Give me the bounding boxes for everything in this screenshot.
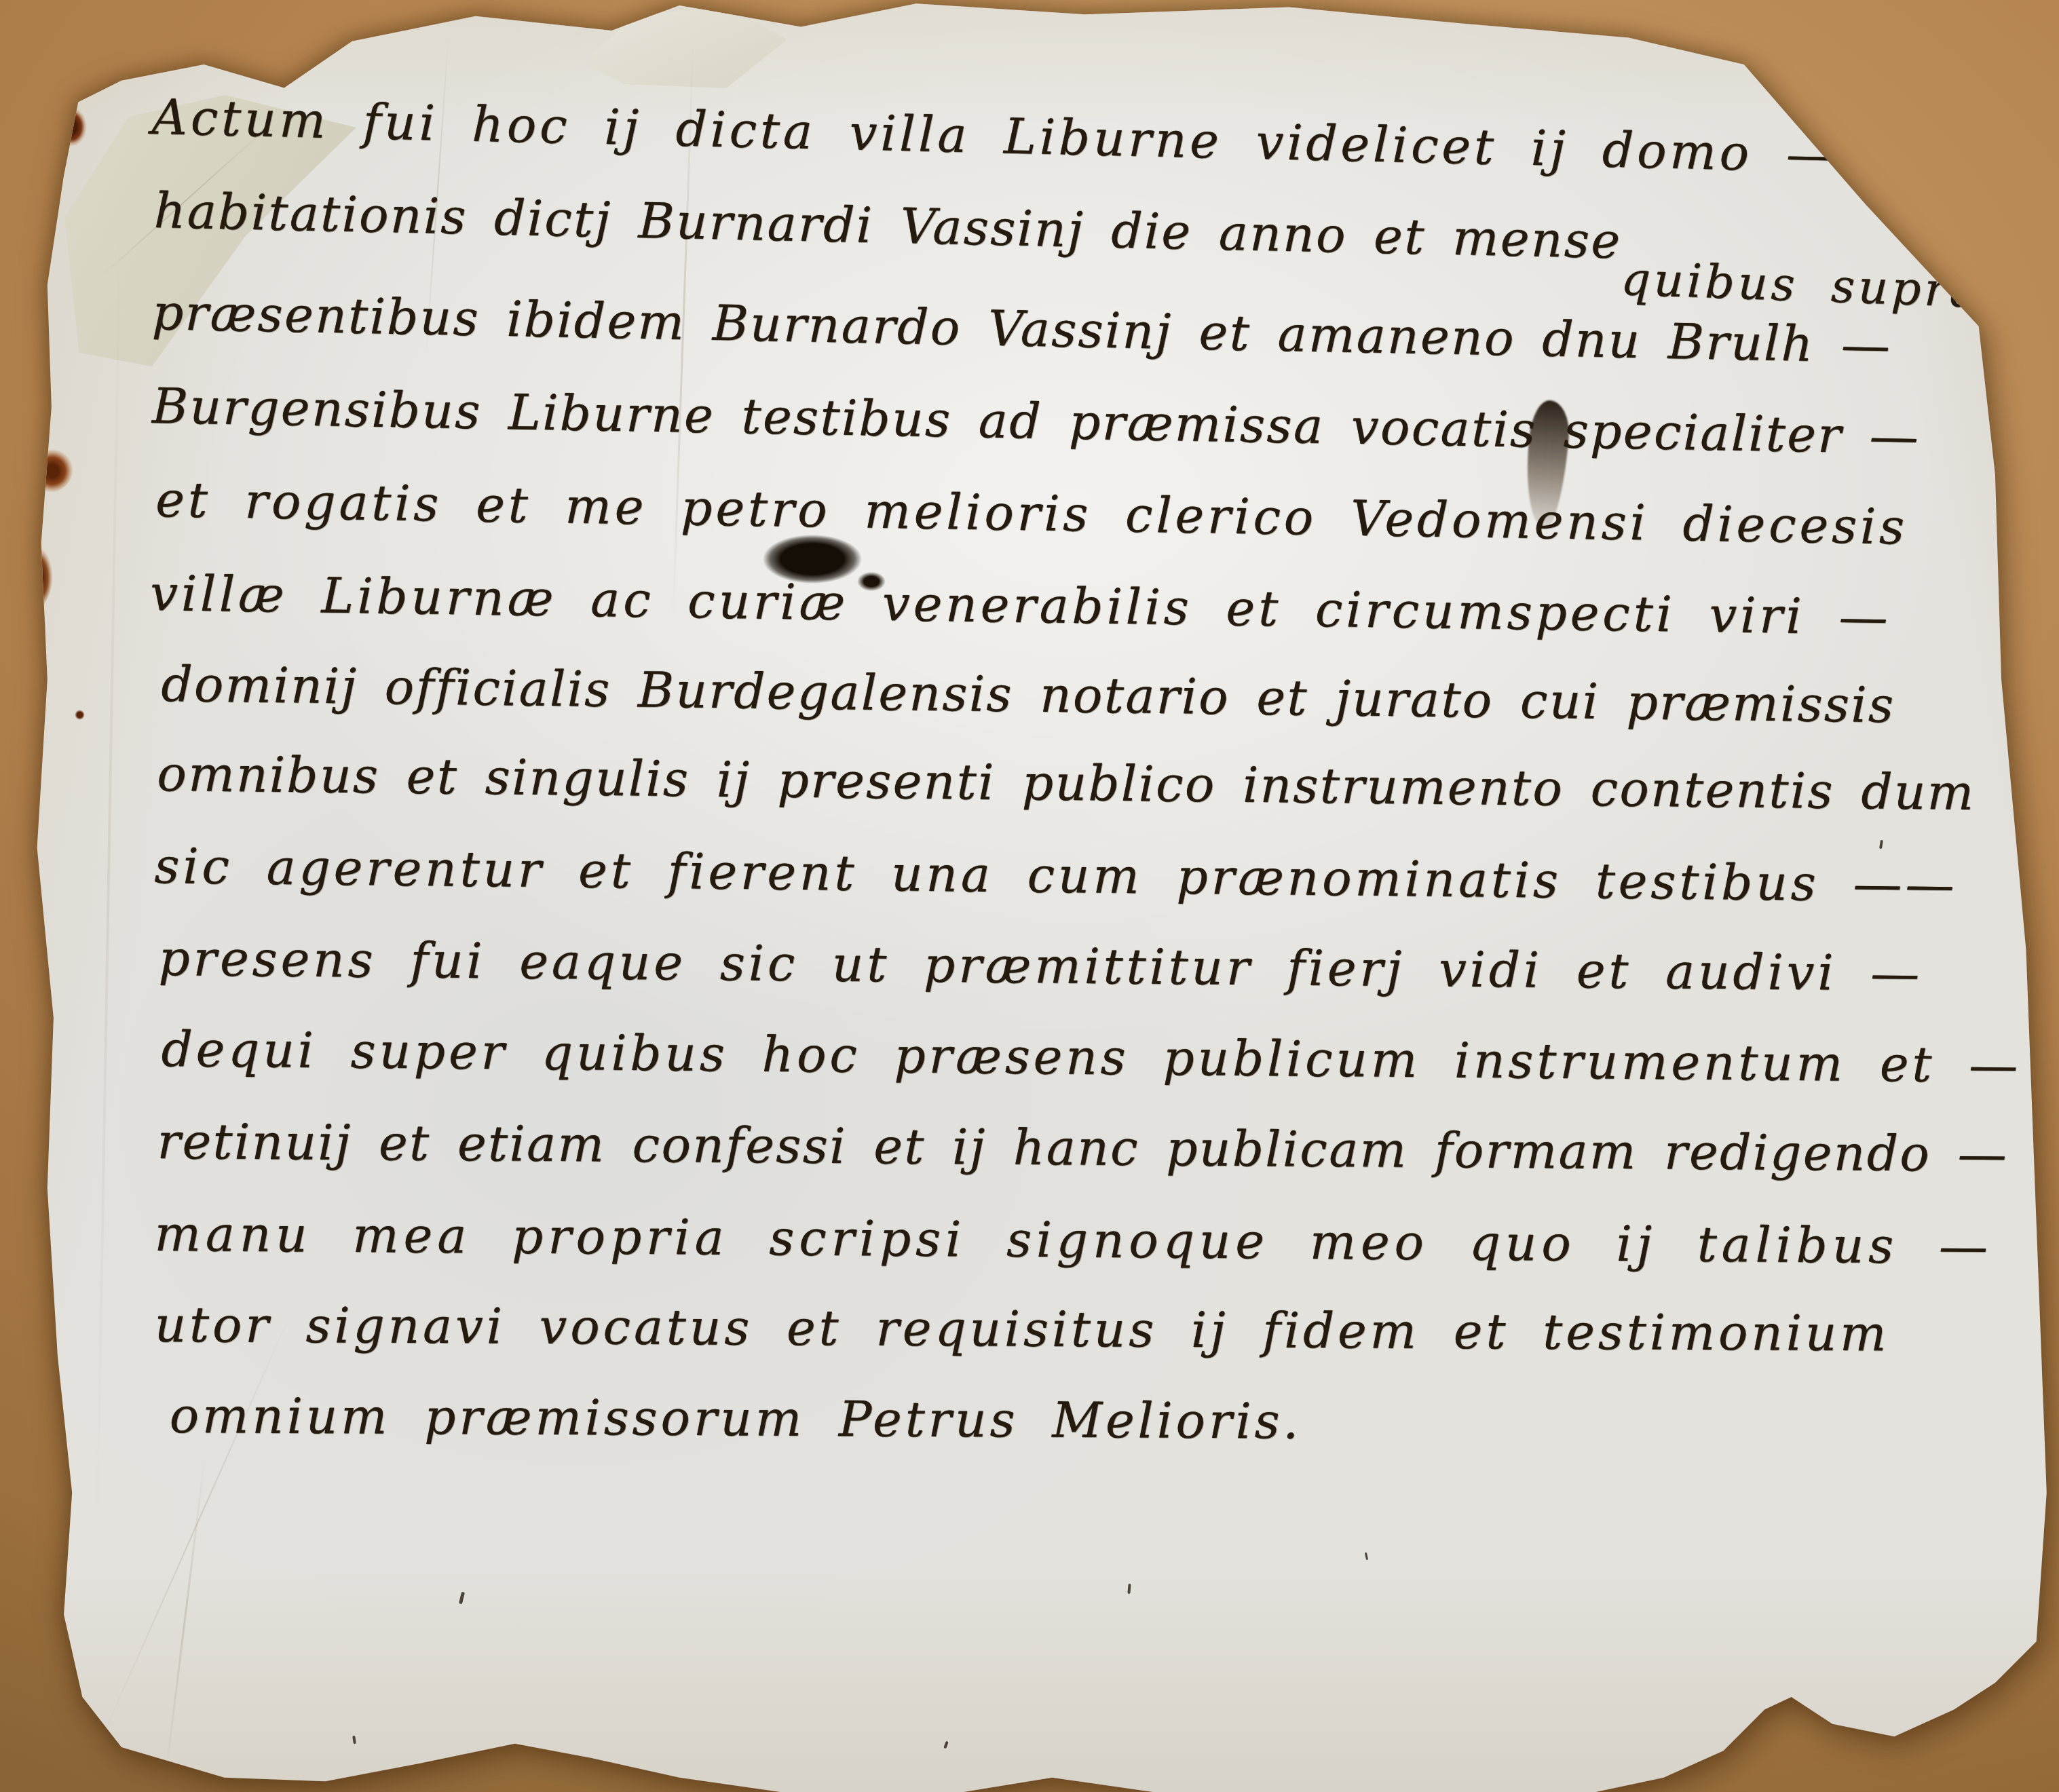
paper-speck: [943, 1741, 949, 1749]
rust-stain: [20, 547, 53, 609]
manuscript-line-9: sic agerentur et fierent una cum prænomi…: [154, 837, 1958, 913]
paper-crease: [98, 1310, 293, 1744]
rust-stain-drip: [39, 609, 45, 674]
manuscript-line-2: habitationis dictj Burnardi Vassinj die …: [153, 182, 1622, 269]
paper-crease: [164, 1459, 206, 1783]
manuscript-line-4: Burgensibus Liburne testibus ad præmissa…: [152, 377, 1921, 465]
paper-speck: [1365, 1552, 1368, 1560]
paper-speck: [1127, 1584, 1131, 1594]
paper-crease: [96, 217, 121, 1540]
paper-speck: [459, 1592, 465, 1605]
paper-speck: [1879, 840, 1883, 849]
manuscript-paper: Actum fui hoc ij dicta villa Liburne vid…: [0, 0, 2059, 1792]
manuscript-photo: Actum fui hoc ij dicta villa Liburne vid…: [0, 0, 2059, 1792]
manuscript-line-13: manu mea propria scripsi signoque meo qu…: [154, 1205, 1992, 1275]
manuscript-line-15-signature: omnium præmissorum Petrus Melioris.: [170, 1387, 1302, 1450]
manuscript-line-10: presens fui eaque sic ut præmittitur fie…: [158, 930, 1923, 1002]
rust-stain-dot: [75, 710, 85, 720]
manuscript-line-2-continuation: quibus supra: [1620, 252, 1982, 318]
torn-flap-top-center: [584, 7, 787, 88]
manuscript-line-14: utor signavi vocatus et requisitus ij fi…: [155, 1296, 1890, 1362]
manuscript-line-8: omnibus et singulis ij presenti publico …: [157, 745, 1976, 821]
manuscript-line-6: villæ Liburnæ ac curiæ venerabilis et ci…: [150, 565, 1891, 646]
manuscript-line-7: dominij officialis Burdegalensis notario…: [161, 655, 1895, 733]
rust-stain: [45, 151, 57, 164]
manuscript-line-12: retinuij et etiam confessi et ij hanc pu…: [157, 1113, 2008, 1183]
manuscript-line-1: Actum fui hoc ij dicta villa Liburne vid…: [151, 88, 1839, 183]
rust-stain: [31, 449, 73, 493]
paper-shadow-wrap: Actum fui hoc ij dicta villa Liburne vid…: [0, 0, 2059, 1792]
manuscript-line-5: et rogatis et me petro melioris clerico …: [155, 471, 1908, 556]
paper-speck: [352, 1736, 356, 1744]
manuscript-line-11: dequi super quibus hoc præsens publicum …: [161, 1021, 2021, 1094]
rust-stain: [56, 107, 87, 147]
